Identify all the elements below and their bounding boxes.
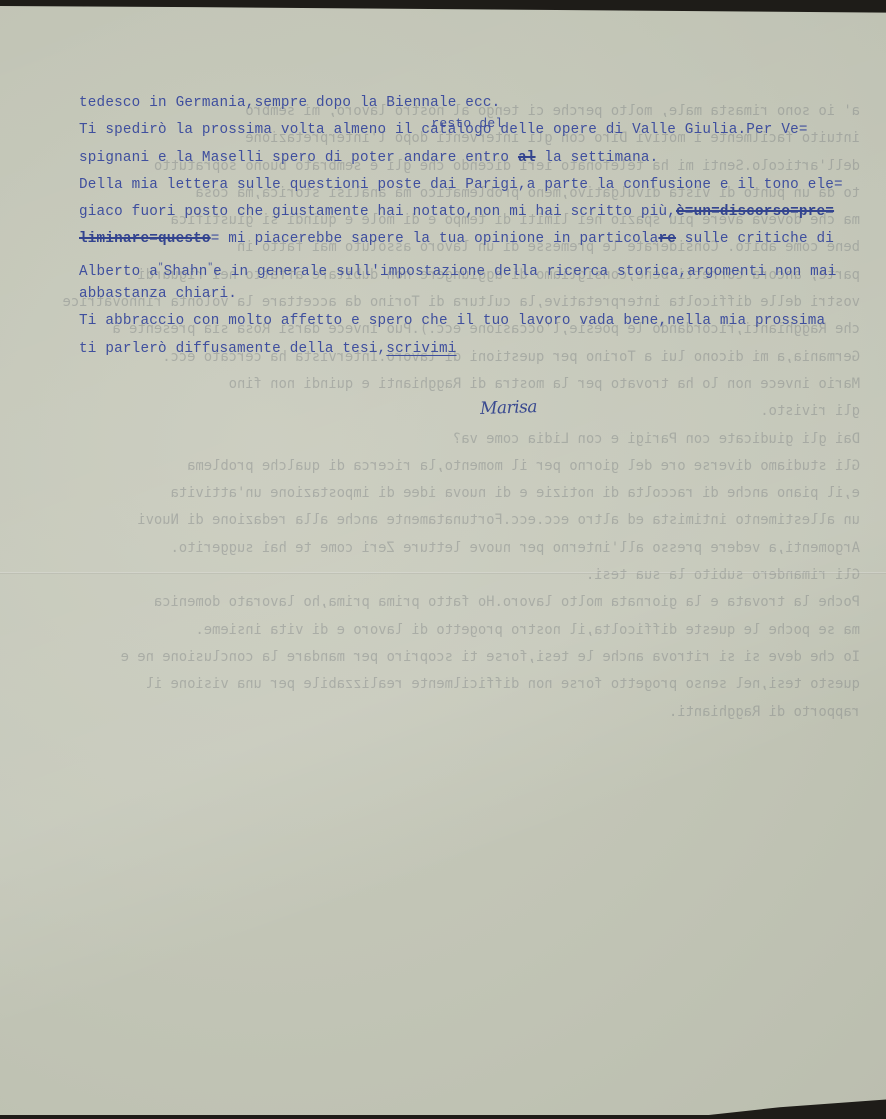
bleed-line: e,il piano anche di raccolta di notizie … — [171, 485, 860, 501]
bleed-line: ma se poche le queste difficolta,il nost… — [195, 622, 860, 638]
paper-fold — [0, 572, 886, 574]
letter-body: tedesco in Germania,sempre dopo la Bienn… — [79, 90, 859, 363]
bleed-line: Dai gli giudicate con Parigi e con Lidia… — [453, 431, 860, 447]
letter-line-9: Ti abbraccio con molto affetto e spero c… — [79, 308, 859, 335]
letter-line-4: Della mia lettera sulle questioni poste … — [79, 172, 859, 199]
letter-line-10: ti parlerò diffusamente della tesi,scriv… — [79, 336, 859, 363]
handwritten-signature: Marisa — [480, 397, 538, 419]
bleed-line: Io che deve si si ritrova anche le tesi,… — [121, 649, 860, 665]
letter-paper: a' io sono rimasta male, molto perche ci… — [0, 6, 886, 1115]
letter-line-8: abbastanza chiari. — [79, 281, 859, 308]
bleed-line: un allestimento intimista ed altro ecc.e… — [137, 512, 860, 528]
letter-line-5: giaco fuori posto che giustamente hai no… — [79, 199, 859, 226]
letter-line-7: Alberto a"Shahn"e in generale sull'impos… — [79, 254, 859, 281]
struck-text: liminare=questo — [79, 231, 211, 247]
bleed-line: rapporto di Ragghianti. — [669, 704, 860, 720]
bleed-line: questo tesi,nel senso progetto forse non… — [146, 676, 860, 692]
letter-line-2: Ti spedirò la prossima volta almeno il r… — [79, 117, 859, 144]
bleed-line: Poche la trovata e la giornata molto lav… — [154, 594, 860, 610]
handwritten-insertion: resto del — [431, 110, 503, 137]
bleed-line: Argomenti,a vedere presso all'interno pe… — [171, 540, 860, 556]
struck-text: è=un=discorso=pre= — [676, 204, 834, 220]
letter-line-6: liminare=questo= mi piacerebbe sapere la… — [79, 226, 859, 253]
bleed-line: Gli rimandero subito la sua tesi. — [586, 567, 860, 583]
underlined-text: scrivimi — [386, 341, 456, 357]
bleed-line: Mario invece non lo ha trovato per la mo… — [229, 376, 860, 392]
struck-text: al — [518, 150, 536, 166]
bleed-line: Gli studiamo diverse ore del giorno per … — [187, 458, 860, 474]
scanned-page: a' io sono rimasta male, molto perche ci… — [0, 0, 886, 1119]
bleed-line: gli rivisto. — [760, 403, 860, 419]
overtyped-text: re — [658, 231, 676, 247]
letter-line-3: spignani e la Maselli spero di poter and… — [79, 145, 859, 172]
